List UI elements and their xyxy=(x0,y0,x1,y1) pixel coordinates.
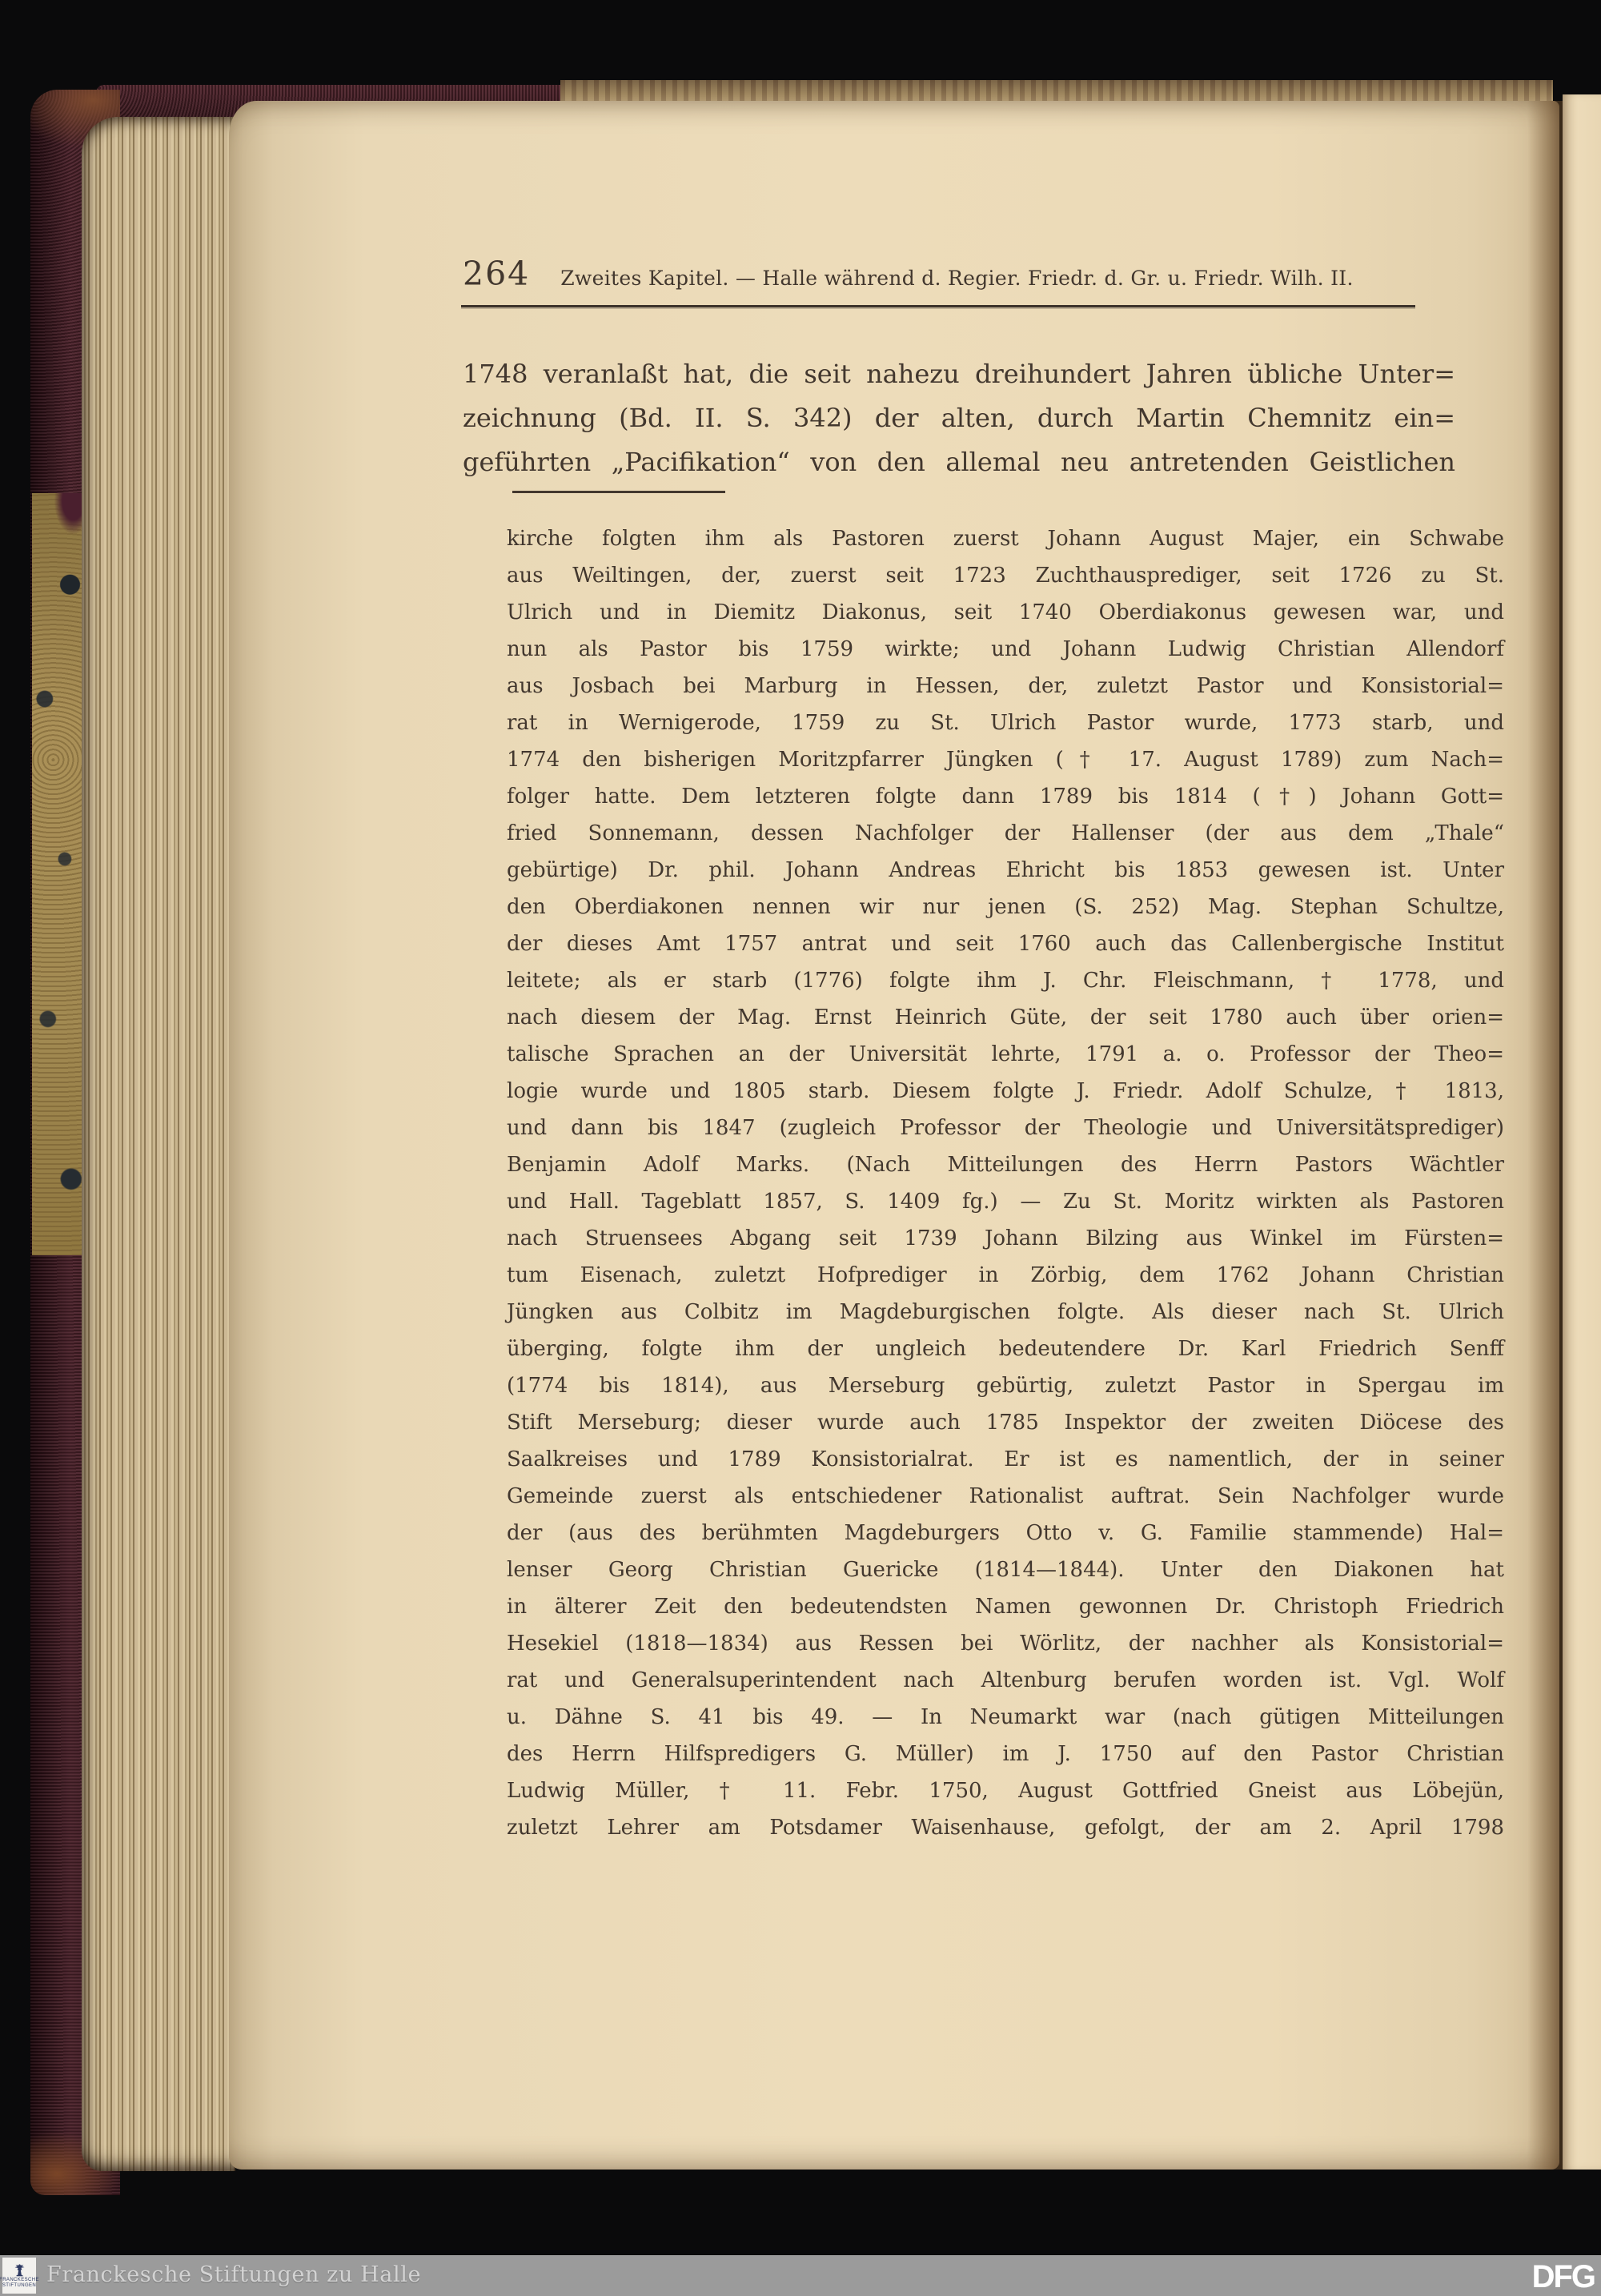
footnote-line: aus Weiltingen, der, zuerst seit 1723 Zu… xyxy=(507,557,1504,594)
institution-label: Franckesche Stiftungen zu Halle xyxy=(46,2262,421,2287)
footnote-line: Stift Merseburg; dieser wurde auch 1785 … xyxy=(507,1404,1504,1441)
footnote-line: und dann bis 1847 (zugleich Professor de… xyxy=(507,1110,1504,1146)
footnote-line: logie wurde und 1805 starb. Diesem folgt… xyxy=(507,1073,1504,1110)
franckesche-eagle-icon xyxy=(13,2263,26,2277)
header-rule xyxy=(461,305,1415,307)
footnote-line: Ulrich und in Diemitz Diakonus, seit 174… xyxy=(507,594,1504,631)
footnote-separator xyxy=(512,491,725,493)
footnote-line: folger hatte. Dem letzteren folgte dann … xyxy=(507,778,1504,815)
footnote-line: talische Sprachen an der Universität leh… xyxy=(507,1036,1504,1073)
footnote-line: Saalkreises und 1789 Konsistorialrat. Er… xyxy=(507,1441,1504,1478)
footnote-line: gebürtige) Dr. phil. Johann Andreas Ehri… xyxy=(507,852,1504,889)
footnote-line: Ludwig Müller, † 11. Febr. 1750, August … xyxy=(507,1772,1504,1809)
footnote-line: der (aus des berühmten Magdeburgers Otto… xyxy=(507,1515,1504,1551)
footnote-line: u. Dähne S. 41 bis 49. — In Neumarkt war… xyxy=(507,1699,1504,1736)
logo-caption-line1: FRANCKESCHE xyxy=(0,2278,39,2283)
footnote-line: der dieses Amt 1757 antrat und seit 1760… xyxy=(507,925,1504,962)
footnote-line: 1774 den bisherigen Moritzpfarrer Jüngke… xyxy=(507,741,1504,778)
footnote-line: des Herrn Hilfspredigers G. Müller) im J… xyxy=(507,1736,1504,1772)
marbled-endpaper xyxy=(32,493,85,1255)
footnote-line: in älterer Zeit den bedeutendsten Namen … xyxy=(507,1588,1504,1625)
stacked-page-edges xyxy=(82,117,235,2171)
text-line: 1748 veranlaßt hat, die seit nahezu drei… xyxy=(463,352,1455,396)
footnote-line: rat in Wernigerode, 1759 zu St. Ulrich P… xyxy=(507,704,1504,741)
footnote-line: fried Sonnemann, dessen Nachfolger der H… xyxy=(507,815,1504,852)
footnote-line: leitete; als er starb (1776) folgte ihm … xyxy=(507,962,1504,999)
footnote-line: rat und Generalsuperintendent nach Alten… xyxy=(507,1662,1504,1699)
footnote-line: und Hall. Tageblatt 1857, S. 1409 fg.) —… xyxy=(507,1183,1504,1220)
scan-viewport: 264 Zweites Kapitel. — Halle während d. … xyxy=(0,0,1601,2296)
chapter-running-title: Zweites Kapitel. — Halle während d. Regi… xyxy=(560,267,1353,290)
footnote-line: Benjamin Adolf Marks. (Nach Mitteilungen… xyxy=(507,1146,1504,1183)
footnote-line: den Oberdiakonen nennen wir nur jenen (S… xyxy=(507,889,1504,925)
footnote-line: (1774 bis 1814), aus Merseburg gebürtig,… xyxy=(507,1367,1504,1404)
footnote-line: Gemeinde zuerst als entschiedener Ration… xyxy=(507,1478,1504,1515)
footnote-line: zuletzt Lehrer am Potsdamer Waisenhause,… xyxy=(507,1809,1504,1846)
footnote-line: nach Struensees Abgang seit 1739 Johann … xyxy=(507,1220,1504,1257)
footnote-line: nun als Pastor bis 1759 wirkte; und Joha… xyxy=(507,631,1504,668)
text-line: geführten „Pacifikation“ von den allemal… xyxy=(463,440,1455,484)
page-number: 264 xyxy=(463,255,530,293)
footnote-line: lenser Georg Christian Guericke (1814—18… xyxy=(507,1551,1504,1588)
footnote-line: tum Eisenach, zuletzt Hofprediger in Zör… xyxy=(507,1257,1504,1294)
footnote-line: Jüngken aus Colbitz im Magdeburgischen f… xyxy=(507,1294,1504,1331)
page-gutter-shadow xyxy=(1527,101,1563,2170)
footnote-line: nach diesem der Mag. Ernst Heinrich Güte… xyxy=(507,999,1504,1036)
logo-caption-line2: STIFTUNGEN xyxy=(0,2283,39,2289)
text-line: zeichnung (Bd. II. S. 342) der alten, du… xyxy=(463,396,1455,440)
footnote-block: kirche folgten ihm als Pastoren zuerst J… xyxy=(507,520,1504,1846)
running-header: 264 Zweites Kapitel. — Halle während d. … xyxy=(463,255,1419,293)
footnote-line: aus Josbach bei Marburg in Hessen, der, … xyxy=(507,668,1504,704)
main-text-block: 1748 veranlaßt hat, die seit nahezu drei… xyxy=(463,352,1455,484)
footnote-line: Hesekiel (1818—1834) aus Ressen bei Wörl… xyxy=(507,1625,1504,1662)
footnote-line: überging, folgte ihm der ungleich bedeut… xyxy=(507,1331,1504,1367)
footnote-line: kirche folgten ihm als Pastoren zuerst J… xyxy=(507,520,1504,557)
facing-page-sliver xyxy=(1563,94,1601,2170)
dfg-logo: DFG xyxy=(1532,2259,1595,2295)
franckesche-logo-caption: FRANCKESCHE STIFTUNGEN xyxy=(0,2278,39,2288)
franckesche-logo: FRANCKESCHE STIFTUNGEN xyxy=(2,2258,36,2294)
